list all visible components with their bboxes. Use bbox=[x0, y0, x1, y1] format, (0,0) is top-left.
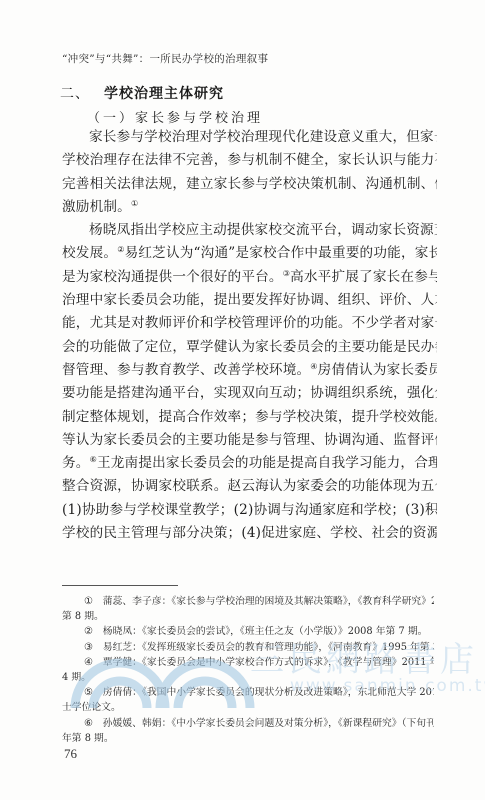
footnote-line: ①蒲蕊、李子彦：《家长参与学校治理的困境及其解决策略》，《教育科学研究》2017… bbox=[62, 594, 434, 609]
section-number: 二、 bbox=[60, 86, 90, 102]
footnote-mark: ④ bbox=[84, 657, 93, 668]
text-line: 整合资源，协调家校联系。赵云海认为家委会的功能体现为五个方面： bbox=[62, 475, 437, 498]
text-line-content: 等认为家长委员会的主要功能是参与管理、协调沟通、监督评价与服 bbox=[62, 432, 437, 448]
text-line-content: 会的功能做了定位，覃学健认为家长委员会的主要功能是民办参与、监 bbox=[62, 339, 437, 355]
text-line-continuation: 王龙南提出家长委员会的功能是提高自我学习能力，合理利用与 bbox=[97, 455, 437, 471]
footnote-ref[interactable]: ① bbox=[131, 199, 138, 208]
footnote-mark: ② bbox=[84, 626, 93, 637]
text-line-content: 学校的民主管理与部分决策；(4)促进家庭、学校、社会的资源整合，形 bbox=[62, 525, 437, 541]
text-line: 学校治理存在法律不完善，参与机制不健全，家长认识与能力不足，要 bbox=[62, 149, 437, 172]
text-line: 杨晓凤指出学校应主动提供家校交流平台，调动家长资源支持学 bbox=[62, 219, 437, 242]
footnote-line: 士学位论文。 bbox=[62, 700, 434, 715]
page-number: 76 bbox=[64, 746, 77, 762]
text-line-content: 制定整体规划，提高合作效率；参与学校决策，提升学校效能。 bbox=[62, 409, 437, 425]
running-header: “冲突”与“共舞”：一所民办学校的治理叙事 bbox=[62, 51, 268, 66]
text-line-continuation: 房倩倩认为家长委员会的主 bbox=[318, 362, 437, 378]
footnote-text: 孙媛媛、韩娟：《中小学家长委员会问题及对策分析》，《新课程研究》（下旬刊）201… bbox=[103, 718, 434, 729]
footnote-ref[interactable]: ⑥ bbox=[90, 455, 97, 464]
footnote-mark: ① bbox=[84, 596, 93, 607]
text-line-content: 杨晓凤指出学校应主动提供家校交流平台，调动家长资源支持学 bbox=[89, 222, 437, 238]
book-page: “冲突”与“共舞”：一所民办学校的治理叙事 二、学校治理主体研究 （一）家长参与… bbox=[0, 0, 485, 800]
text-line: 校发展。②易红芝认为“沟通”是家校合作中最重要的功能，家长委员会 bbox=[62, 242, 437, 265]
text-line-continuation: 易红芝认为“沟通”是家校合作中最重要的功能，家长委员会 bbox=[125, 245, 437, 261]
body-text: 家长参与学校治理对学校治理现代化建设意义重大，但家长参与学校治理存在法律不完善，… bbox=[62, 126, 437, 545]
footnote-line: ④覃学健：《家长委员会是中小学家校合作方式的诉求》，《教学与管理》2011 年第 bbox=[62, 655, 434, 670]
footnote-divider bbox=[62, 585, 178, 586]
footnote-text: 覃学健：《家长委员会是中小学家校合作方式的诉求》，《教学与管理》2011 年第 bbox=[103, 657, 434, 668]
text-line: 督管理、参与教育教学、改善学校环境。④房倩倩认为家长委员会的主 bbox=[62, 359, 437, 382]
text-line-content: 完善相关法律法规，建立家长参与学校决策机制、沟通机制、信任机制、 bbox=[62, 176, 437, 192]
text-line: 要功能是搭建沟通平台，实现双向互动；协调组织系统，强化分工协作； bbox=[62, 382, 437, 405]
text-line: 务。⑥王龙南提出家长委员会的功能是提高自我学习能力，合理利用与 bbox=[62, 452, 437, 475]
footnote-text: 第 8 期。 bbox=[62, 611, 104, 622]
text-line: 等认为家长委员会的主要功能是参与管理、协调沟通、监督评价与服 bbox=[62, 429, 437, 452]
text-line: 能，尤其是对教师评价和学校管理评价的功能。不少学者对家长委员 bbox=[62, 312, 437, 335]
text-line-content: 学校治理存在法律不完善，参与机制不健全，家长认识与能力不足，要 bbox=[62, 152, 437, 168]
text-line: (1)协助参与学校课堂教学；(2)协调与沟通家庭和学校；(3)积极参与 bbox=[62, 499, 437, 522]
text-line-content: 治理中家长委员会功能，提出要发挥好协调、组织、评价、人才资源等功 bbox=[62, 292, 437, 308]
text-line-content: 校发展。 bbox=[62, 245, 117, 261]
subsection-heading: （一）家长参与学校治理 bbox=[87, 107, 263, 126]
text-line: 是为家校沟通提供一个很好的平台。③高水平扩展了家长在参与学校 bbox=[62, 266, 437, 289]
text-line-content: 整合资源，协调家校联系。赵云海认为家委会的功能体现为五个方面： bbox=[62, 478, 437, 494]
footnote-line: ⑥孙媛媛、韩娟：《中小学家长委员会问题及对策分析》，《新课程研究》（下旬刊）20… bbox=[62, 716, 434, 731]
text-line: 完善相关法律法规，建立家长参与学校决策机制、沟通机制、信任机制、 bbox=[62, 173, 437, 196]
text-line-content: 家长参与学校治理对学校治理现代化建设意义重大，但家长参与 bbox=[89, 129, 437, 145]
text-line-content: (1)协助参与学校课堂教学；(2)协调与沟通家庭和学校；(3)积极参与 bbox=[62, 502, 437, 518]
footnote-text: 房倩倩：《我国中小学家长委员会的现状分析及改进策略》，东北师范大学 2011 年… bbox=[103, 687, 434, 698]
footnote-text: 年第 8 期。 bbox=[62, 733, 114, 744]
footnote-mark: ③ bbox=[84, 642, 93, 653]
section-heading: 二、学校治理主体研究 bbox=[60, 83, 224, 103]
text-line-content: 激励机制。 bbox=[62, 199, 131, 215]
footnote-text: 4 期。 bbox=[62, 672, 91, 683]
text-line-continuation: 高水平扩展了家长在参与学校 bbox=[290, 269, 437, 285]
footnote-ref[interactable]: ④ bbox=[310, 362, 317, 371]
footnote-line: ③易红芝：《发挥班级家长委员会的教育和管理功能》，《河南教育》1995 年第 3… bbox=[62, 640, 434, 655]
footnote-mark: ⑤ bbox=[84, 687, 93, 698]
footnote-line: 年第 8 期。 bbox=[62, 731, 434, 746]
footnote-ref[interactable]: ② bbox=[117, 245, 124, 254]
footnote-line: ②杨晓凤：《家长委员会的尝试》，《班主任之友（小学版）》2008 年第 7 期。 bbox=[62, 624, 434, 639]
footnote-line: 4 期。 bbox=[62, 670, 434, 685]
text-line: 制定整体规划，提高合作效率；参与学校决策，提升学校效能。⑤孙媛媛 bbox=[62, 406, 437, 429]
footnote-mark: ⑥ bbox=[84, 718, 93, 729]
footnote-line: 第 8 期。 bbox=[62, 609, 434, 624]
text-line: 治理中家长委员会功能，提出要发挥好协调、组织、评价、人才资源等功 bbox=[62, 289, 437, 312]
footnote-text: 易红芝：《发挥班级家长委员会的教育和管理功能》，《河南教育》1995 年第 3 … bbox=[103, 642, 434, 653]
section-title: 学校治理主体研究 bbox=[104, 86, 224, 102]
footnote-text: 士学位论文。 bbox=[62, 702, 121, 713]
text-line: 学校的民主管理与部分决策；(4)促进家庭、学校、社会的资源整合，形 bbox=[62, 522, 437, 545]
footnote-ref[interactable]: ③ bbox=[283, 269, 290, 278]
text-line: 激励机制。① bbox=[62, 196, 437, 219]
text-line-content: 务。 bbox=[62, 455, 90, 471]
footnote-text: 杨晓凤：《家长委员会的尝试》，《班主任之友（小学版）》2008 年第 7 期。 bbox=[103, 626, 428, 637]
footnotes: ①蒲蕊、李子彦：《家长参与学校治理的困境及其解决策略》，《教育科学研究》2017… bbox=[62, 594, 434, 746]
text-line-content: 要功能是搭建沟通平台，实现双向互动；协调组织系统，强化分工协作； bbox=[62, 385, 437, 401]
text-line-content: 督管理、参与教育教学、改善学校环境。 bbox=[62, 362, 310, 378]
text-line: 家长参与学校治理对学校治理现代化建设意义重大，但家长参与 bbox=[62, 126, 437, 149]
footnote-text: 蒲蕊、李子彦：《家长参与学校治理的困境及其解决策略》，《教育科学研究》2017 … bbox=[103, 596, 434, 607]
text-line: 会的功能做了定位，覃学健认为家长委员会的主要功能是民办参与、监 bbox=[62, 336, 437, 359]
footnote-line: ⑤房倩倩：《我国中小学家长委员会的现状分析及改进策略》，东北师范大学 2011 … bbox=[62, 685, 434, 700]
text-line-content: 能，尤其是对教师评价和学校管理评价的功能。不少学者对家长委员 bbox=[62, 315, 437, 331]
text-line-content: 是为家校沟通提供一个很好的平台。 bbox=[62, 269, 283, 285]
